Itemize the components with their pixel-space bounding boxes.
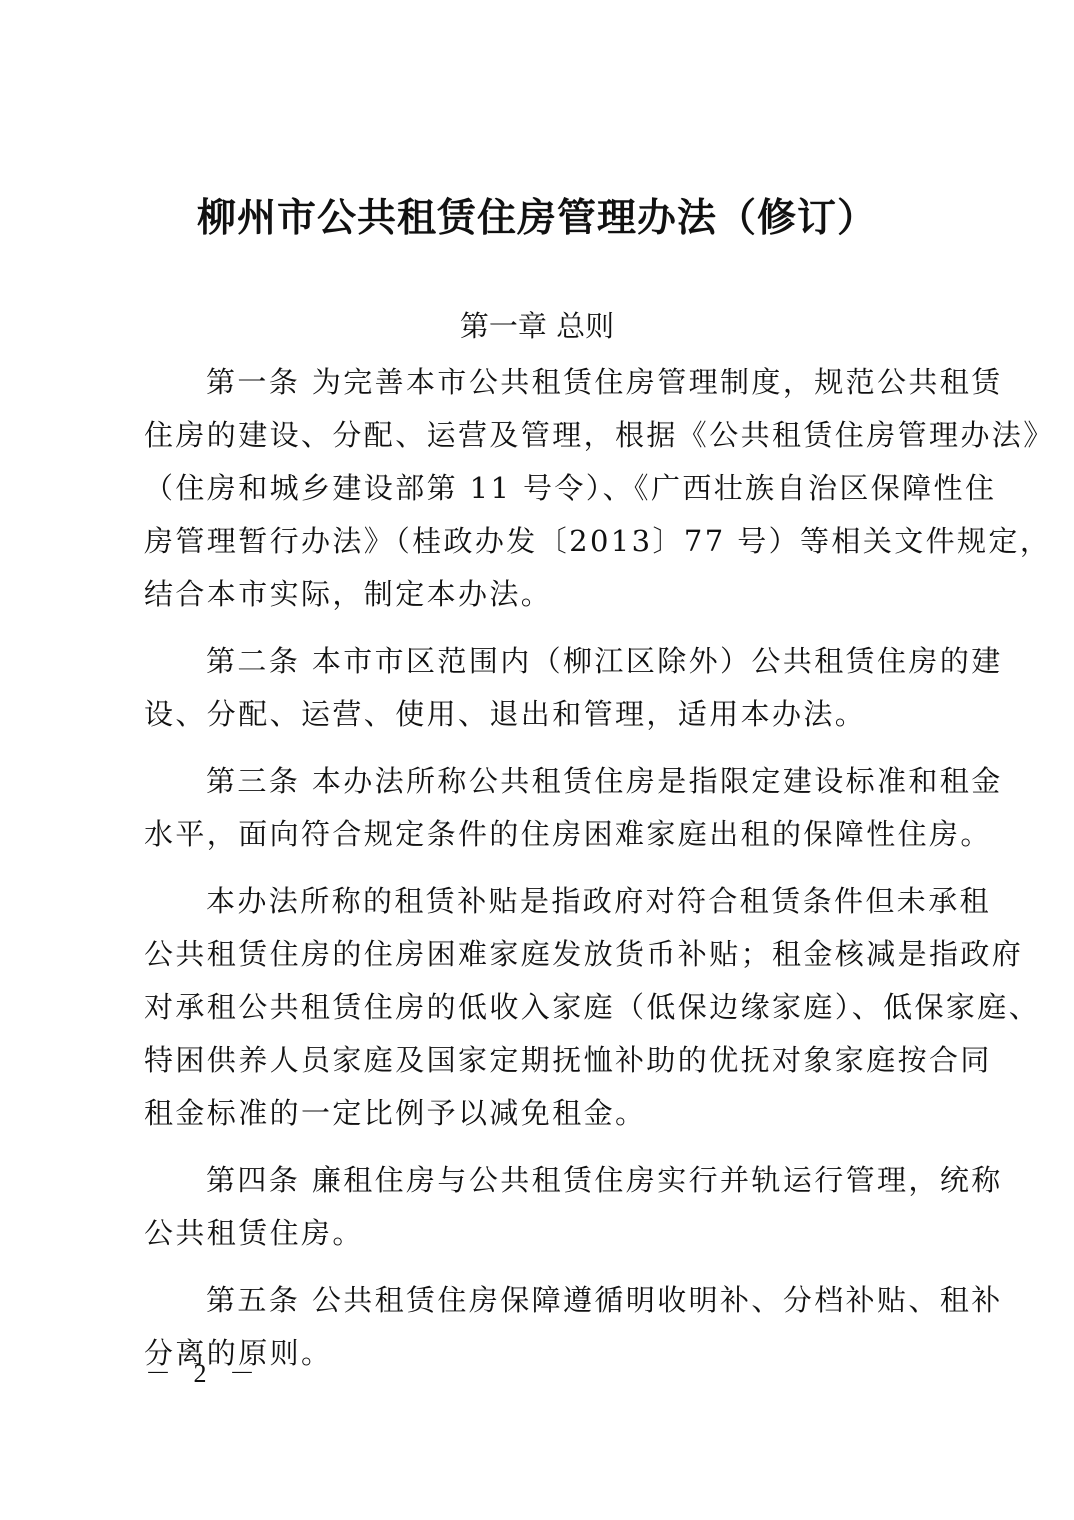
text-line: 第三条 本办法所称公共租赁住房是指限定建设标准和租金 <box>144 755 944 808</box>
text-line: 第四条 廉租住房与公共租赁住房实行并轨运行管理，统称 <box>144 1154 944 1207</box>
document-body: 第一条 为完善本市公共租赁住房管理制度，规范公共租赁 住房的建设、分配、运营及管… <box>144 356 944 1380</box>
document-title: 柳州市公共租赁住房管理办法（修订） <box>0 188 1074 248</box>
chapter-heading: 第一章 总则 <box>0 303 1074 349</box>
text-line: 特困供养人员家庭及国家定期抚恤补助的优抚对象家庭按合同 <box>144 1034 944 1087</box>
text-line: 第二条 本市市区范围内（柳江区除外）公共租赁住房的建 <box>144 635 944 688</box>
text-line: 住房的建设、分配、运营及管理，根据《公共租赁住房管理办法》 <box>144 409 944 462</box>
text-line: 公共租赁住房。 <box>144 1207 944 1260</box>
text-line: 对承租公共租赁住房的低收入家庭（低保边缘家庭）、低保家庭、 <box>144 981 944 1034</box>
article-3-supplement: 本办法所称的租赁补贴是指政府对符合租赁条件但未承租 公共租赁住房的住房困难家庭发… <box>144 875 944 1140</box>
text-line: 本办法所称的租赁补贴是指政府对符合租赁条件但未承租 <box>144 875 944 928</box>
text-line: 房管理暂行办法》（桂政办发〔2013〕77 号）等相关文件规定， <box>144 515 944 568</box>
page-number: － 2 － <box>145 1354 263 1394</box>
text-line: 设、分配、运营、使用、退出和管理，适用本办法。 <box>144 688 944 741</box>
article-4: 第四条 廉租住房与公共租赁住房实行并轨运行管理，统称 公共租赁住房。 <box>144 1154 944 1260</box>
article-1: 第一条 为完善本市公共租赁住房管理制度，规范公共租赁 住房的建设、分配、运营及管… <box>144 356 944 621</box>
text-line: 租金标准的一定比例予以减免租金。 <box>144 1087 944 1140</box>
article-5: 第五条 公共租赁住房保障遵循明收明补、分档补贴、租补 分离的原则。 <box>144 1274 944 1380</box>
article-2: 第二条 本市市区范围内（柳江区除外）公共租赁住房的建 设、分配、运营、使用、退出… <box>144 635 944 741</box>
text-line: 结合本市实际，制定本办法。 <box>144 568 944 621</box>
text-line: 分离的原则。 <box>144 1327 944 1380</box>
text-line: 公共租赁住房的住房困难家庭发放货币补贴；租金核减是指政府 <box>144 928 944 981</box>
text-line: （住房和城乡建设部第 11 号令）、《广西壮族自治区保障性住 <box>144 462 944 515</box>
article-3: 第三条 本办法所称公共租赁住房是指限定建设标准和租金 水平，面向符合规定条件的住… <box>144 755 944 861</box>
text-line: 水平，面向符合规定条件的住房困难家庭出租的保障性住房。 <box>144 808 944 861</box>
text-line: 第五条 公共租赁住房保障遵循明收明补、分档补贴、租补 <box>144 1274 944 1327</box>
text-line: 第一条 为完善本市公共租赁住房管理制度，规范公共租赁 <box>144 356 944 409</box>
document-page: 柳州市公共租赁住房管理办法（修订） 第一章 总则 第一条 为完善本市公共租赁住房… <box>0 0 1074 1520</box>
